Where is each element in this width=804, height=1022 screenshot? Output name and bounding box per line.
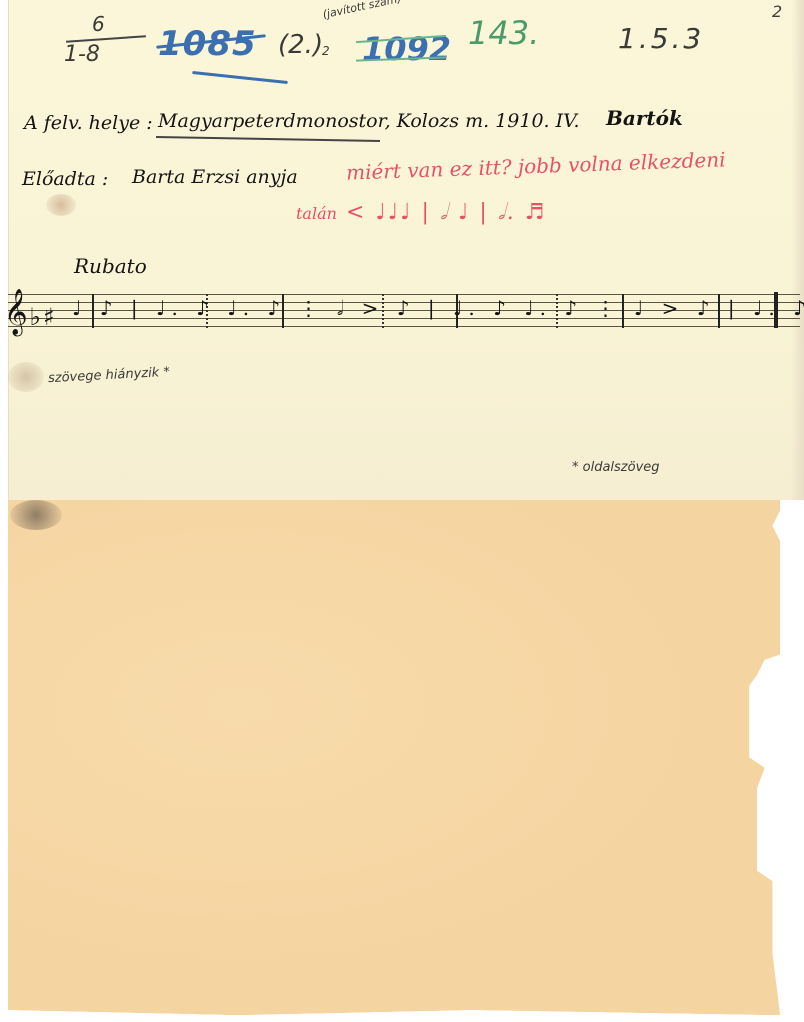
page-number: 2 <box>772 2 782 21</box>
performer-value: Barta Erzsi anyja <box>132 166 298 188</box>
collector-name: Bartók <box>606 106 683 130</box>
circled-number: (2.) <box>278 30 323 60</box>
place-label: A felv. helye : <box>24 112 153 134</box>
superscript-number: 2 <box>322 44 330 58</box>
red-rhythm-suggestion: < ♩♩♩ | 𝅗𝅥 ♩ | 𝅗𝅥. ♬ <box>346 200 546 225</box>
paper-stain <box>46 194 76 216</box>
footnote-side-text: * oldalszöveg <box>572 460 660 475</box>
paper-edge-shadow <box>791 0 804 500</box>
performer-label: Előadta : <box>22 168 108 190</box>
paper-stain <box>8 362 44 392</box>
fraction-denominator: 1-8 <box>64 42 100 67</box>
lower-paper-sheet <box>8 500 780 1015</box>
catalog-number: 1.5.3 <box>618 22 704 55</box>
key-signature: ♭♯ <box>30 303 57 331</box>
red-annotation-prefix: talán <box>296 204 337 223</box>
treble-clef-icon: 𝄞 <box>4 289 30 335</box>
tempo-marking: Rubato <box>74 254 147 278</box>
fraction-numerator: 6 <box>92 12 105 36</box>
note-sequence: ♩ ♪ | ♩. ♪ ♩. ♪ ⋮ 𝅗𝅥 > ♪ | ♩. ♪ ♩. ♪ ⋮ ♩… <box>72 296 804 320</box>
place-value: Magyarpeterdmonostor, Kolozs m. 1910. IV… <box>158 110 580 132</box>
manuscript-page: 2 6 1-8 1085 (2.) 2 (javított szám) 1092… <box>0 0 804 1022</box>
green-number: 143. <box>468 14 539 52</box>
paper-stain <box>10 500 62 530</box>
upper-paper-sheet <box>8 0 804 500</box>
